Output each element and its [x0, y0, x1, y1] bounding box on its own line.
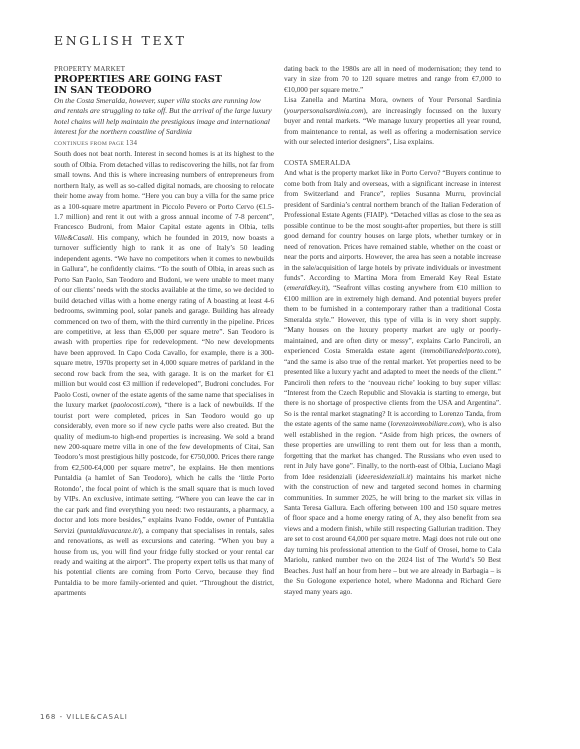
page-footer: 168 - VILLE&CASALI [40, 713, 128, 721]
body-text: ), a company that specialises in rentals… [54, 526, 274, 598]
body-text: ) maintains his market niche with the co… [284, 472, 501, 596]
body-text: dating back to the 1980s are all in need… [284, 64, 501, 94]
continues-text: CONTINUES FROM PAGE [54, 141, 124, 147]
continues-page-number: 134 [126, 139, 137, 147]
body-text: ), “there is a lack of newbuilds. If the… [54, 400, 274, 534]
article-standfirst: On the Costa Smeralda, however, super vi… [54, 96, 274, 138]
website-link[interactable]: emeraldkey.it [286, 283, 325, 292]
headline-line-2: IN SAN TEODORO [54, 85, 152, 96]
magazine-name: Ville&Casali [54, 233, 92, 242]
body-text: . His company, which he founded in 2019,… [54, 233, 274, 409]
continues-from-label: CONTINUES FROM PAGE 134 [54, 138, 274, 150]
headline-line-1: PROPERTIES ARE GOING FAST [54, 74, 222, 85]
body-paragraph-1: South does not beat north. Interest in s… [54, 149, 274, 598]
right-column: dating back to the 1980s are all in need… [284, 64, 501, 597]
section-title: ENGLISH TEXT [54, 33, 187, 48]
body-paragraph-2: dating back to the 1980s are all in need… [284, 64, 501, 95]
website-link[interactable]: yourpersonalsardinia.com [286, 106, 363, 115]
left-column: PROPERTY MARKET PROPERTIES ARE GOING FAS… [54, 62, 274, 599]
website-link[interactable]: puntaldiavacanze.it/ [80, 526, 139, 535]
body-text: ), “and the same is also true of the ren… [284, 346, 501, 428]
body-text: South does not beat north. Interest in s… [54, 149, 274, 231]
body-paragraph-4: And what is the property market like in … [284, 168, 501, 597]
website-link[interactable]: ideeresidenziali.it [358, 472, 410, 481]
subsection-heading: COSTA SMERALDA [284, 158, 501, 168]
website-link[interactable]: immobiliaredelporto.com [423, 346, 497, 355]
article-headline: PROPERTIES ARE GOING FAST IN SAN TEODORO [54, 74, 274, 96]
website-link[interactable]: lorenzoimmobiliare.com [391, 419, 462, 428]
article-kicker: PROPERTY MARKET [54, 64, 274, 74]
website-link[interactable]: paolocosti.com [113, 400, 157, 409]
body-paragraph-3: Lisa Zanella and Martina Mora, owners of… [284, 95, 501, 147]
body-text: ), “Seafront villas costing anywhere fro… [284, 283, 501, 355]
body-text: And what is the property market like in … [284, 168, 501, 292]
